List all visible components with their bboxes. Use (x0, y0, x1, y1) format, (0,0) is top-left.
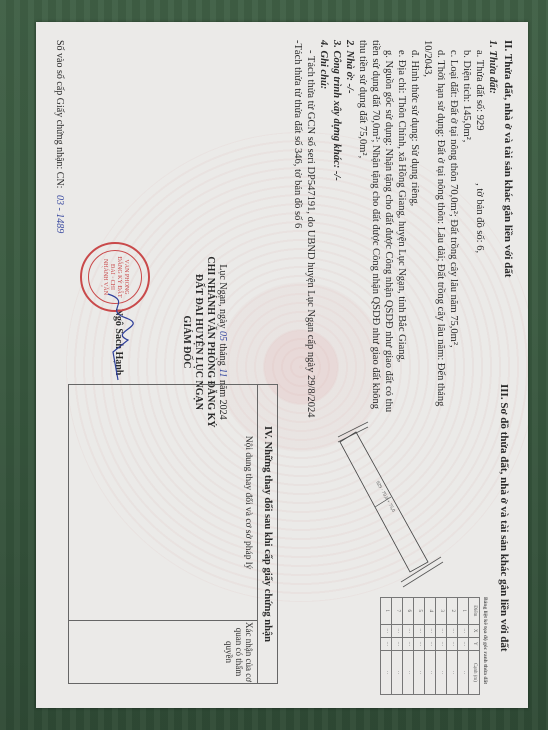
table-row: 3········ (436, 598, 447, 695)
coords-header-row: Điểm X Y Cạnh (m) (469, 598, 480, 695)
table-row: 5········ (414, 598, 425, 695)
land-heading: 1. Thửa đất: (486, 40, 499, 370)
note-line: - Tách thửa từ GCN số seri DP547191, do … (304, 40, 317, 370)
coords-grid: Điểm X Y Cạnh (m) 1········ 2········ 3·… (380, 597, 480, 695)
land-line: d. Thời hạn sử dụng: Đất ở tại nông thôn… (434, 40, 447, 370)
table-row: 1········ (381, 598, 392, 695)
changes-content-column: Nội dung thay đổi và cơ sở pháp lý (69, 385, 257, 621)
register-number-note: Số vào sổ cấp Giấy chứng nhận: CN: 03 - … (53, 40, 66, 233)
section-4-changes-table: IV. Những thay đổi sau khi cấp giấy chứn… (68, 384, 278, 684)
construction-line: 3. Công trình xây dựng khác: -/- (330, 40, 343, 370)
house-line: 2. Nhà ở: -/- (343, 40, 356, 370)
land-line: a. Thửa đất số: 929 , tờ bản đồ số: 6, (473, 40, 486, 370)
rotated-document: II. Thửa đất, nhà ở và tài sản khác gắn … (36, 22, 528, 708)
handwritten-signature (98, 292, 138, 382)
section-4-title: IV. Những thay đổi sau khi cấp giấy chứn… (257, 385, 277, 683)
land-line: c. Loại đất: Đất ở tại nông thôn 70,0m²;… (447, 40, 460, 370)
table-row: 6········ (403, 598, 414, 695)
land-plot-diagram: 929 · 70,0 + 75,0 (328, 412, 488, 602)
section-2-land-info: II. Thửa đất, nhà ở và tài sản khác gắn … (291, 40, 514, 370)
table-row: 4········ (425, 598, 436, 695)
authority-confirmation-column: Xác nhận của cơ quan có thẩm quyền (69, 621, 257, 683)
land-line: g. Nguồn gốc sử dụng: Nhận tặng cho đất … (382, 40, 395, 370)
coordinates-table: Bảng liệt kê tọa độ góc ranh thửa đất Đi… (298, 597, 488, 695)
table-row: 7········ (392, 598, 403, 695)
land-line: tiền sử dụng đất 70,0m²; Nhận tặng cho đ… (369, 40, 382, 370)
notes-heading: 4. Ghi chú: (317, 40, 330, 370)
land-line: thu tiền sử dụng đất 75,0m², (356, 40, 369, 370)
land-line: đ. Hình thức sử dụng: Sử dụng riêng, (408, 40, 421, 370)
land-line: b. Diện tích: 145,0m², (460, 40, 473, 370)
section-2-title: II. Thửa đất, nhà ở và tài sản khác gắn … (501, 40, 514, 370)
section-3-title: III. Sơ đồ thửa đất, nhà ở và tài sản kh… (497, 384, 510, 694)
section-3-plot-diagram: III. Sơ đồ thửa đất, nhà ở và tài sản kh… (497, 384, 510, 694)
note-line: -Tách thửa từ thửa đất số 346, tờ bản đồ… (291, 40, 304, 370)
table-row: 2········ (447, 598, 458, 695)
table-row: 1········ (458, 598, 469, 695)
land-line: e. Địa chỉ: Thôn Chính, xã Hồng Giang, h… (395, 40, 408, 370)
land-certificate-page: II. Thửa đất, nhà ở và tài sản khác gắn … (36, 22, 528, 708)
land-line: 10/2043, (421, 40, 434, 370)
